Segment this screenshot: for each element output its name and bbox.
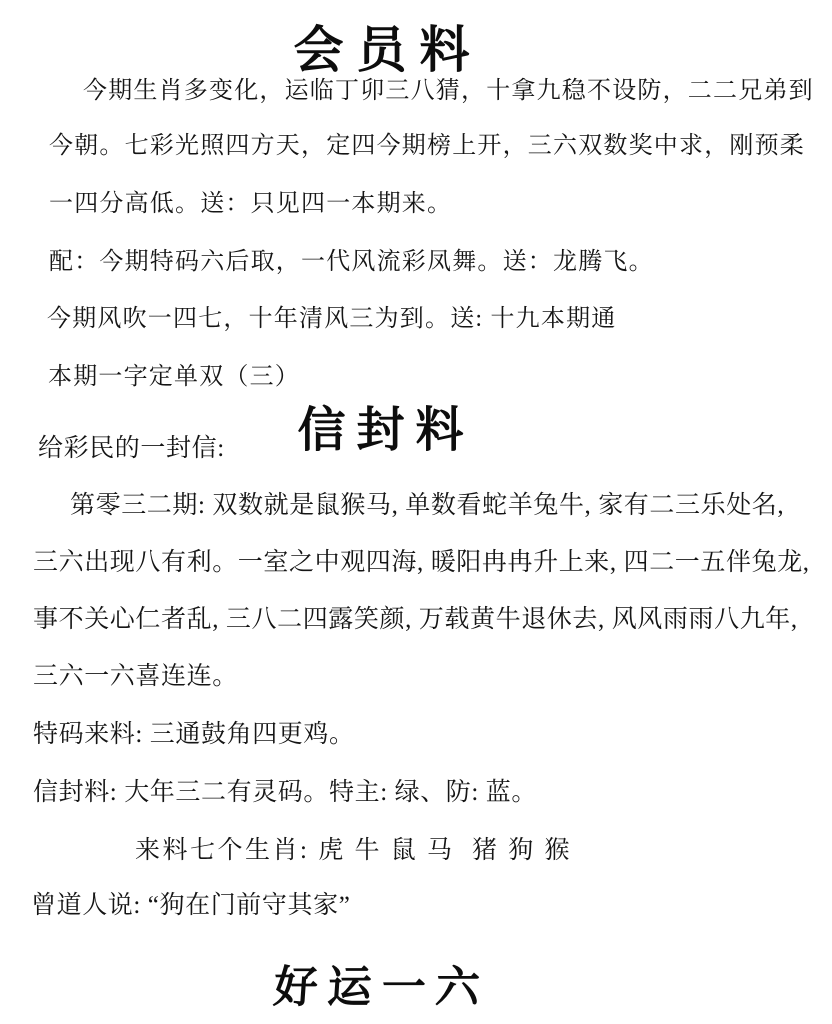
member-pei-line: 配：今期特码六后取，一代风流彩凤舞。送：龙腾飞。: [49, 247, 654, 277]
member-paragraph-line-2: 今朝。七彩光照四方天，定四今期榜上开，三六双数奖中求，刚预柔: [49, 131, 805, 161]
envelope-issue-line-4: 三六一六喜连连。: [33, 661, 238, 692]
envelope-issue-line-2: 三六出现八有利。一室之中观四海, 暖阳冉冉升上来, 四二一五伴兔龙,: [33, 547, 810, 578]
master-quote-line: 曾道人说: “狗在门前守其家”: [31, 890, 350, 921]
scanned-lottery-letter-page: 会员料 今期生肖多变化，运临丁卯三八猜，十拿九稳不设防，二二兄弟到 今朝。七彩光…: [0, 0, 832, 1024]
envelope-code-line: 信封料: 大年三二有灵码。特主: 绿、防: 蓝。: [33, 777, 537, 808]
member-paragraph-line-1: 今期生肖多变化，运临丁卯三八猜，十拿九稳不设防，二二兄弟到: [83, 76, 814, 106]
envelope-zodiac-line: 来料七个生肖: 虎 牛 鼠 马 猪 狗 猴: [135, 835, 572, 866]
member-paragraph-line-3: 一四分高低。送：只见四一本期来。: [49, 189, 452, 219]
member-wind-line: 今期风吹一四七，十年清风三为到。送: 十九本期通: [47, 304, 616, 334]
envelope-special-code-line: 特码来料: 三通鼓角四更鸡。: [33, 719, 355, 750]
closing-title: 好运一六: [0, 951, 766, 1015]
member-section-title: 会员料: [0, 10, 776, 82]
envelope-letter-intro: 给彩民的一封信:: [38, 433, 225, 464]
envelope-issue-line-3: 事不关心仁者乱, 三八二四露笑颜, 万载黄牛退休去, 风风雨雨八九年,: [33, 604, 798, 635]
envelope-issue-line-1: 第零三二期: 双数就是鼠猴马, 单数看蛇羊兔牛, 家有二三乐处名,: [70, 490, 784, 521]
member-single-double-line: 本期一字定单双（三）: [48, 362, 300, 392]
